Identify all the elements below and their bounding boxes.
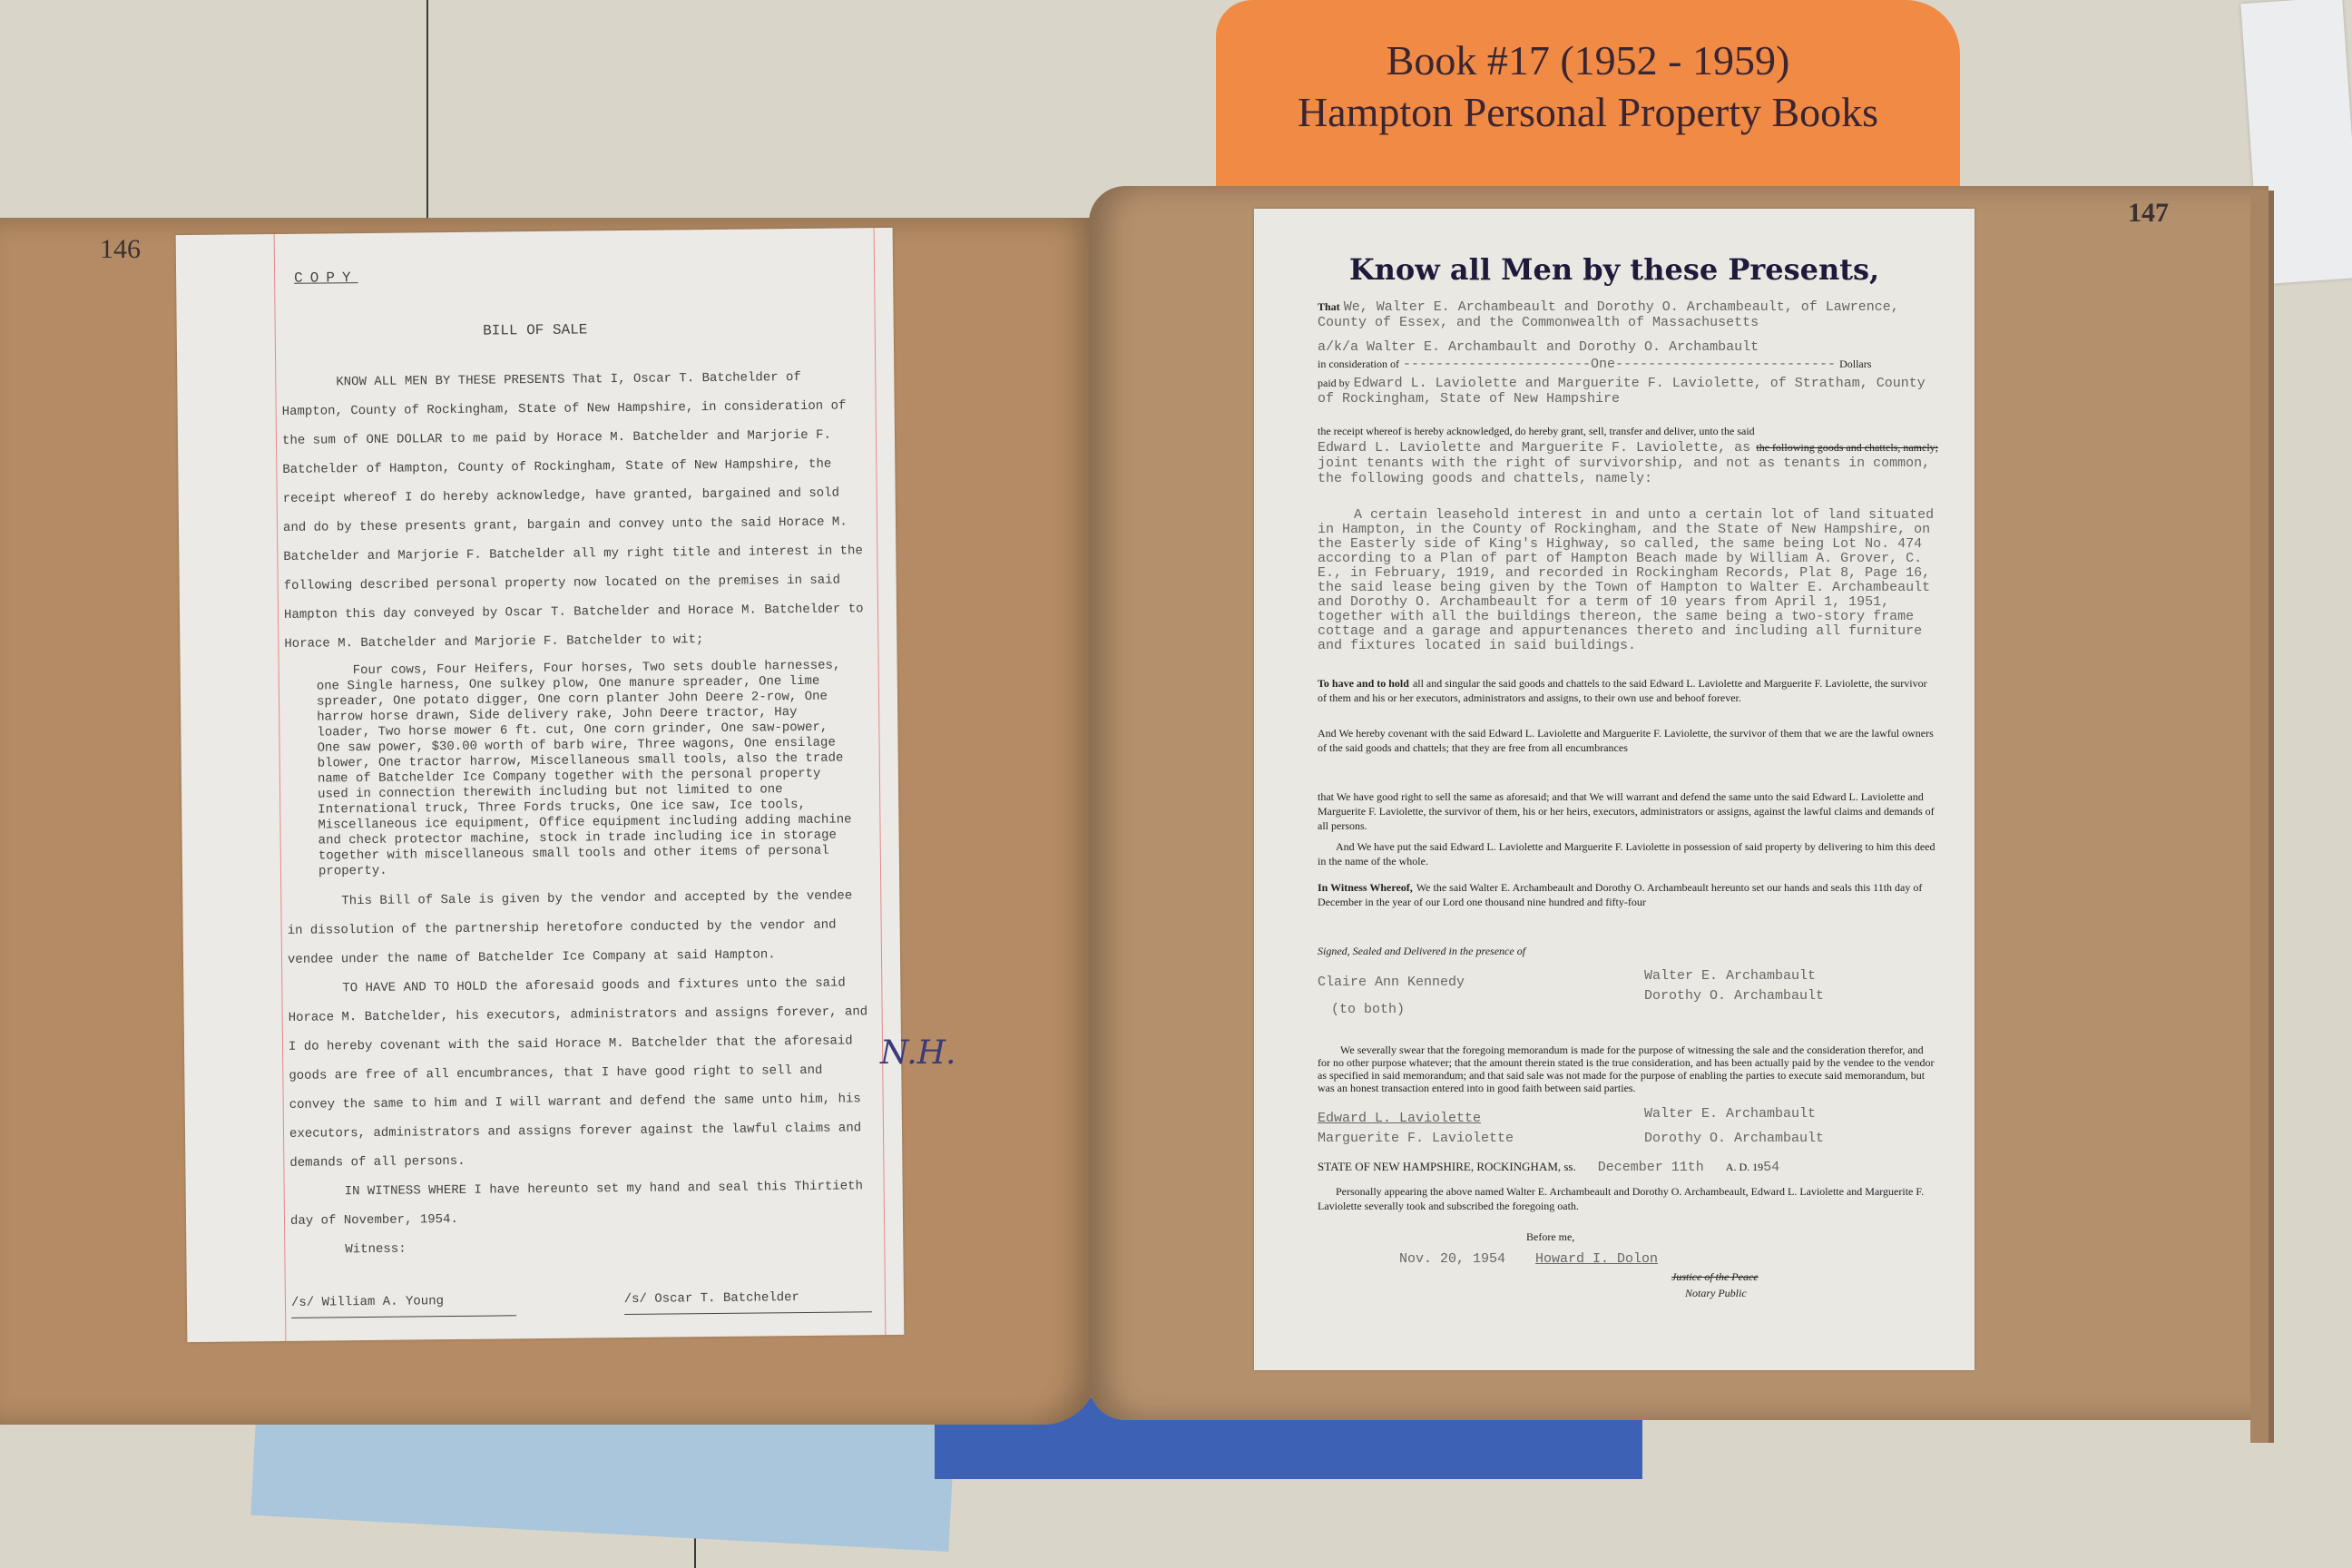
paragraph: KNOW ALL MEN BY THESE PRESENTS That I, O… [281,362,865,659]
notary-struck-title: Justice of the Peace [1671,1270,1759,1284]
property-description: A certain leasehold interest in and unto… [1318,508,1938,653]
signature-row: /s/ William A. Young /s/ Oscar T. Batche… [291,1282,872,1318]
handwritten-initials: N.H. [880,1034,955,1072]
receipt-clause: the receipt whereof is hereby acknowledg… [1318,424,1938,438]
grantor-signature-2: Dorothy O. Archambault [1644,989,1938,1004]
covenant-2: that We have good right to sell the same… [1318,789,1938,833]
paid-by-line: paid by Edward L. Laviolette and Marguer… [1318,376,1938,407]
grantees-block: the following goods and chattels, namely… [1318,440,1938,486]
appearing-clause: Personally appearing the above named Wal… [1318,1184,1938,1213]
ad-label: A. D. 19 [1726,1161,1763,1173]
page-number-left: 146 [100,234,141,265]
witness-label: Witness: [290,1230,871,1265]
habendum-heading: To have and to hold [1318,677,1409,690]
table-seam [426,0,428,218]
struck-text: the following goods and chattels, namely… [1756,440,1938,455]
habendum-text: all and singular the said goods and chat… [1318,677,1927,704]
witness-signature: /s/ William A. Young [291,1286,516,1318]
consideration-value: -----------------------One--------------… [1403,357,1836,372]
vendor-signature: /s/ Oscar T. Batchelder [624,1282,873,1315]
grantor-block: That We, Walter E. Archambeault and Doro… [1318,299,1938,330]
paragraph: TO HAVE AND TO HOLD the aforesaid goods … [288,968,870,1178]
possession-clause: And We have put the said Edward L. Lavio… [1318,839,1938,868]
page-number-right: 147 [2128,198,2169,229]
grantors: We, Walter E. Archambeault and Dorothy O… [1318,299,1899,330]
margin-rule [874,228,887,1335]
witness-note: (to both) [1331,1003,1938,1017]
page-stack-right [2250,191,2274,1443]
witness-block: In Witness Whereof, We the said Walter E… [1318,880,1938,909]
oath-paragraph: We severally swear that the foregoing me… [1318,1044,1938,1094]
state-line: STATE OF NEW HAMPSHIRE, ROCKINGHAM, ss. … [1318,1160,1938,1175]
dollars-label: Dollars [1839,358,1871,370]
covenant-1: And We hereby covenant with the said Edw… [1318,726,1938,755]
state-date: December 11th [1598,1160,1704,1175]
signed-sealed-line: Signed, Sealed and Delivered in the pres… [1318,944,1938,958]
habendum: To have and to hold all and singular the… [1318,676,1938,705]
book-label-title: Book #17 (1952 - 1959) [1216,36,1960,84]
grantor-signature-1: Walter E. Archambault [1644,969,1938,984]
witness-heading: In Witness Whereof, [1318,881,1413,894]
aka-line: a/k/a Walter E. Archambault and Dorothy … [1318,340,1938,355]
consideration-line: in consideration of --------------------… [1318,357,1938,372]
paragraph: This Bill of Sale is given by the vendor… [287,881,868,975]
oath-signature-right-2: Dorothy O. Archambault [1644,1132,1938,1146]
notary-title: Notary Public [1685,1287,1747,1300]
copy-mark: COPY [294,269,358,287]
book-label-tab: Book #17 (1952 - 1959) Hampton Personal … [1216,0,1960,218]
notary-signature: Howard I. Dolon [1535,1252,1938,1267]
paid-by-value: Edward L. Laviolette and Marguerite F. L… [1318,376,1926,407]
that-label: That [1318,300,1340,313]
document-title: Know all Men by these Presents, [1254,252,1975,287]
paragraph: IN WITNESS WHERE I have hereunto set my … [290,1171,872,1236]
before-me: Before me, [1526,1230,1938,1244]
paid-by-label: paid by [1318,377,1350,389]
oath-signature-right-1: Walter E. Archambault [1644,1107,1938,1122]
deed-document: Know all Men by these Presents, That We,… [1254,209,1975,1370]
ad-year: 54 [1763,1160,1779,1175]
property-list: Four cows, Four Heifers, Four horses, Tw… [317,658,858,879]
state-label: STATE OF NEW HAMPSHIRE, ROCKINGHAM, ss. [1318,1160,1576,1173]
document-title: BILL OF SALE [177,318,894,342]
book-label-subtitle: Hampton Personal Property Books [1216,88,1960,136]
bill-of-sale-document: COPY BILL OF SALE KNOW ALL MEN BY THESE … [176,228,905,1342]
document-body: KNOW ALL MEN BY THESE PRESENTS That I, O… [281,362,872,1318]
consideration-label: in consideration of [1318,358,1399,370]
